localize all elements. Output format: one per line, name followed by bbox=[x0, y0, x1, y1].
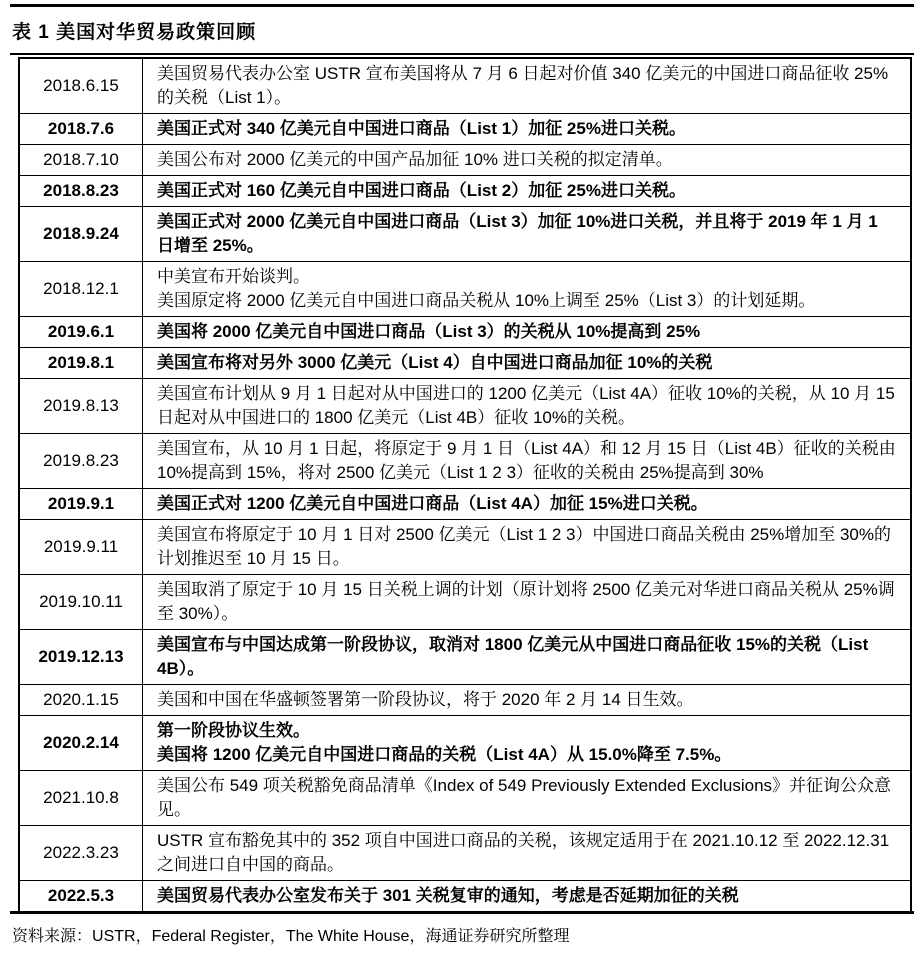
date-cell: 2018.7.6 bbox=[19, 114, 143, 145]
date-cell: 2019.9.1 bbox=[19, 489, 143, 520]
content-cell: 美国宣布计划从 9 月 1 日起对从中国进口的 1200 亿美元（List 4A… bbox=[143, 379, 912, 434]
table-row: 2020.1.15美国和中国在华盛顿签署第一阶段协议，将于 2020 年 2 月… bbox=[19, 685, 911, 716]
content-cell: 美国宣布与中国达成第一阶段协议，取消对 1800 亿美元从中国进口商品征收 15… bbox=[143, 630, 912, 685]
date-cell: 2018.8.23 bbox=[19, 176, 143, 207]
content-cell: 美国正式对 160 亿美元自中国进口商品（List 2）加征 25%进口关税。 bbox=[143, 176, 912, 207]
table-row: 2019.10.11美国取消了原定于 10 月 15 日关税上调的计划（原计划将… bbox=[19, 575, 911, 630]
content-line: 美国正式对 2000 亿美元自中国进口商品（List 3）加征 10%进口关税，… bbox=[157, 210, 898, 258]
date-cell: 2019.9.11 bbox=[19, 520, 143, 575]
table-row: 2019.6.1美国将 2000 亿美元自中国进口商品（List 3）的关税从 … bbox=[19, 317, 911, 348]
content-line: 美国宣布将对另外 3000 亿美元（List 4）自中国进口商品加征 10%的关… bbox=[157, 351, 898, 375]
date-cell: 2018.7.10 bbox=[19, 145, 143, 176]
content-line: 美国贸易代表办公室 USTR 宣布美国将从 7 月 6 日起对价值 340 亿美… bbox=[157, 62, 898, 110]
table-row: 2018.7.10美国公布对 2000 亿美元的中国产品加征 10% 进口关税的… bbox=[19, 145, 911, 176]
content-line: 美国和中国在华盛顿签署第一阶段协议，将于 2020 年 2 月 14 日生效。 bbox=[157, 688, 898, 712]
table-row: 2022.3.23USTR 宣布豁免其中的 352 项自中国进口商品的关税，该规… bbox=[19, 826, 911, 881]
content-cell: 第一阶段协议生效。美国将 1200 亿美元自中国进口商品的关税（List 4A）… bbox=[143, 716, 912, 771]
title-divider-rule bbox=[10, 53, 914, 55]
table-row: 2019.9.1美国正式对 1200 亿美元自中国进口商品（List 4A）加征… bbox=[19, 489, 911, 520]
content-line: 美国宣布计划从 9 月 1 日起对从中国进口的 1200 亿美元（List 4A… bbox=[157, 382, 898, 430]
table-row: 2019.8.13美国宣布计划从 9 月 1 日起对从中国进口的 1200 亿美… bbox=[19, 379, 911, 434]
content-cell: 美国公布对 2000 亿美元的中国产品加征 10% 进口关税的拟定清单。 bbox=[143, 145, 912, 176]
content-line: 美国正式对 340 亿美元自中国进口商品（List 1）加征 25%进口关税。 bbox=[157, 117, 898, 141]
table-row: 2018.6.15美国贸易代表办公室 USTR 宣布美国将从 7 月 6 日起对… bbox=[19, 58, 911, 114]
table-row: 2018.8.23美国正式对 160 亿美元自中国进口商品（List 2）加征 … bbox=[19, 176, 911, 207]
date-cell: 2022.3.23 bbox=[19, 826, 143, 881]
content-line: 第一阶段协议生效。 bbox=[157, 719, 898, 743]
table-row: 2020.2.14第一阶段协议生效。美国将 1200 亿美元自中国进口商品的关税… bbox=[19, 716, 911, 771]
content-line: 美国宣布与中国达成第一阶段协议，取消对 1800 亿美元从中国进口商品征收 15… bbox=[157, 633, 898, 681]
table-title: 表 1 美国对华贸易政策回顾 bbox=[10, 7, 914, 53]
date-cell: 2021.10.8 bbox=[19, 771, 143, 826]
content-line: 美国正式对 1200 亿美元自中国进口商品（List 4A）加征 15%进口关税… bbox=[157, 492, 898, 516]
table-row: 2019.9.11美国宣布将原定于 10 月 1 日对 2500 亿美元（Lis… bbox=[19, 520, 911, 575]
table-row: 2019.8.1美国宣布将对另外 3000 亿美元（List 4）自中国进口商品… bbox=[19, 348, 911, 379]
content-line: USTR 宣布豁免其中的 352 项自中国进口商品的关税，该规定适用于在 202… bbox=[157, 829, 898, 877]
content-cell: 美国贸易代表办公室 USTR 宣布美国将从 7 月 6 日起对价值 340 亿美… bbox=[143, 58, 912, 114]
content-cell: 美国宣布将对另外 3000 亿美元（List 4）自中国进口商品加征 10%的关… bbox=[143, 348, 912, 379]
content-cell: 美国贸易代表办公室发布关于 301 关税复审的通知，考虑是否延期加征的关税 bbox=[143, 881, 912, 913]
trade-policy-table-body: 2018.6.15美国贸易代表办公室 USTR 宣布美国将从 7 月 6 日起对… bbox=[19, 58, 911, 912]
date-cell: 2018.6.15 bbox=[19, 58, 143, 114]
content-cell: USTR 宣布豁免其中的 352 项自中国进口商品的关税，该规定适用于在 202… bbox=[143, 826, 912, 881]
table-row: 2018.12.1中美宣布开始谈判。美国原定将 2000 亿美元自中国进口商品关… bbox=[19, 262, 911, 317]
date-cell: 2019.8.1 bbox=[19, 348, 143, 379]
date-cell: 2019.12.13 bbox=[19, 630, 143, 685]
date-cell: 2019.6.1 bbox=[19, 317, 143, 348]
content-line: 美国将 2000 亿美元自中国进口商品（List 3）的关税从 10%提高到 2… bbox=[157, 320, 898, 344]
table-row: 2022.5.3美国贸易代表办公室发布关于 301 关税复审的通知，考虑是否延期… bbox=[19, 881, 911, 913]
source-note: 资料来源：USTR，Federal Register，The White Hou… bbox=[10, 914, 914, 956]
content-cell: 美国正式对 340 亿美元自中国进口商品（List 1）加征 25%进口关税。 bbox=[143, 114, 912, 145]
date-cell: 2018.12.1 bbox=[19, 262, 143, 317]
content-cell: 美国正式对 2000 亿美元自中国进口商品（List 3）加征 10%进口关税，… bbox=[143, 207, 912, 262]
content-line: 美国将 1200 亿美元自中国进口商品的关税（List 4A）从 15.0%降至… bbox=[157, 743, 898, 767]
source-label: 资料来源： bbox=[12, 928, 92, 945]
table-row: 2021.10.8美国公布 549 项关税豁免商品清单《Index of 549… bbox=[19, 771, 911, 826]
content-cell: 美国公布 549 项关税豁免商品清单《Index of 549 Previous… bbox=[143, 771, 912, 826]
date-cell: 2019.8.23 bbox=[19, 434, 143, 489]
trade-policy-table: 2018.6.15美国贸易代表办公室 USTR 宣布美国将从 7 月 6 日起对… bbox=[18, 57, 912, 913]
content-line: 美国宣布将原定于 10 月 1 日对 2500 亿美元（List 1 2 3）中… bbox=[157, 523, 898, 571]
date-cell: 2019.10.11 bbox=[19, 575, 143, 630]
table-row: 2019.12.13美国宣布与中国达成第一阶段协议，取消对 1800 亿美元从中… bbox=[19, 630, 911, 685]
content-cell: 美国正式对 1200 亿美元自中国进口商品（List 4A）加征 15%进口关税… bbox=[143, 489, 912, 520]
table-row: 2018.7.6美国正式对 340 亿美元自中国进口商品（List 1）加征 2… bbox=[19, 114, 911, 145]
report-page: 表 1 美国对华贸易政策回顾 2018.6.15美国贸易代表办公室 USTR 宣… bbox=[0, 0, 924, 956]
content-cell: 中美宣布开始谈判。美国原定将 2000 亿美元自中国进口商品关税从 10%上调至… bbox=[143, 262, 912, 317]
date-cell: 2022.5.3 bbox=[19, 881, 143, 913]
date-cell: 2018.9.24 bbox=[19, 207, 143, 262]
content-line: 美国贸易代表办公室发布关于 301 关税复审的通知，考虑是否延期加征的关税 bbox=[157, 884, 898, 908]
content-cell: 美国宣布将原定于 10 月 1 日对 2500 亿美元（List 1 2 3）中… bbox=[143, 520, 912, 575]
date-cell: 2020.2.14 bbox=[19, 716, 143, 771]
content-line: 美国取消了原定于 10 月 15 日关税上调的计划（原计划将 2500 亿美元对… bbox=[157, 578, 898, 626]
content-line: 美国原定将 2000 亿美元自中国进口商品关税从 10%上调至 25%（List… bbox=[157, 289, 898, 313]
content-line: 美国公布 549 项关税豁免商品清单《Index of 549 Previous… bbox=[157, 774, 898, 822]
content-cell: 美国将 2000 亿美元自中国进口商品（List 3）的关税从 10%提高到 2… bbox=[143, 317, 912, 348]
content-cell: 美国取消了原定于 10 月 15 日关税上调的计划（原计划将 2500 亿美元对… bbox=[143, 575, 912, 630]
content-line: 美国宣布，从 10 月 1 日起，将原定于 9 月 1 日（List 4A）和 … bbox=[157, 437, 898, 485]
content-line: 美国公布对 2000 亿美元的中国产品加征 10% 进口关税的拟定清单。 bbox=[157, 148, 898, 172]
source-text: USTR，Federal Register，The White House，海通… bbox=[92, 928, 569, 945]
table-row: 2018.9.24美国正式对 2000 亿美元自中国进口商品（List 3）加征… bbox=[19, 207, 911, 262]
date-cell: 2020.1.15 bbox=[19, 685, 143, 716]
content-line: 美国正式对 160 亿美元自中国进口商品（List 2）加征 25%进口关税。 bbox=[157, 179, 898, 203]
content-line: 中美宣布开始谈判。 bbox=[157, 265, 898, 289]
content-cell: 美国宣布，从 10 月 1 日起，将原定于 9 月 1 日（List 4A）和 … bbox=[143, 434, 912, 489]
date-cell: 2019.8.13 bbox=[19, 379, 143, 434]
content-cell: 美国和中国在华盛顿签署第一阶段协议，将于 2020 年 2 月 14 日生效。 bbox=[143, 685, 912, 716]
table-row: 2019.8.23美国宣布，从 10 月 1 日起，将原定于 9 月 1 日（L… bbox=[19, 434, 911, 489]
